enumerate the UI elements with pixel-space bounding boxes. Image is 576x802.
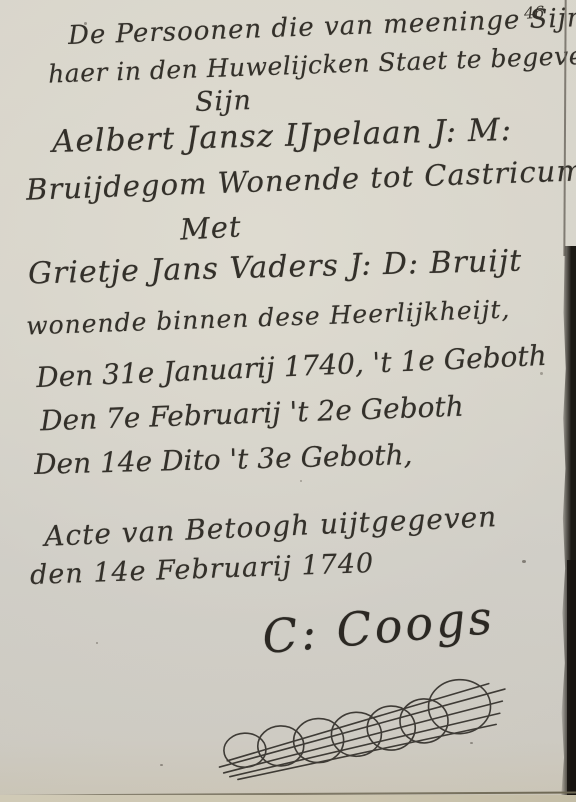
paper-speck <box>300 480 302 482</box>
manuscript-line-bride-name: Grietje Jans Vaders J: D: Bruijt <box>28 244 523 292</box>
page-bottom-strip <box>0 795 576 802</box>
page-edge-line <box>563 0 566 256</box>
manuscript-line-second-bann: Den 7e Februarij 't 2e Geboth <box>40 390 465 438</box>
manuscript-line-met: Met <box>179 209 242 246</box>
manuscript-line-heading-3: Sijn <box>194 85 252 118</box>
paper-speck <box>354 258 357 260</box>
manuscript-page-scan: 46 De Persoonen die van meeninge Sijn ha… <box>0 0 576 802</box>
manuscript-line-first-bann: Den 31e Januarij 1740, 't 1e Geboth <box>36 339 548 394</box>
binding-edge-dark <box>567 560 576 802</box>
manuscript-line-third-bann: Den 14e Dito 't 3e Geboth, <box>34 438 413 481</box>
signature: C: Coogs <box>260 590 497 664</box>
signature-flourish <box>214 661 514 783</box>
paper-speck <box>96 642 98 644</box>
manuscript-line-groom-name: Aelbert Jansz IJpelaan J: M: <box>52 112 513 160</box>
manuscript-line-attestation-2: den 14e Februarij 1740 <box>30 548 375 591</box>
paper-speck <box>470 742 473 744</box>
paper-speck <box>84 22 87 25</box>
manuscript-line-attestation-1: Acte van Betoogh uijtgegeven <box>43 500 497 553</box>
manuscript-line-groom-residence: Bruijdegom Wonende tot Castricum <box>26 153 576 206</box>
manuscript-line-bride-residence: wonende binnen dese Heerlijkheijt, <box>26 295 511 341</box>
paper-speck <box>540 372 543 375</box>
paper-speck <box>522 560 526 563</box>
paper-speck <box>160 764 163 766</box>
